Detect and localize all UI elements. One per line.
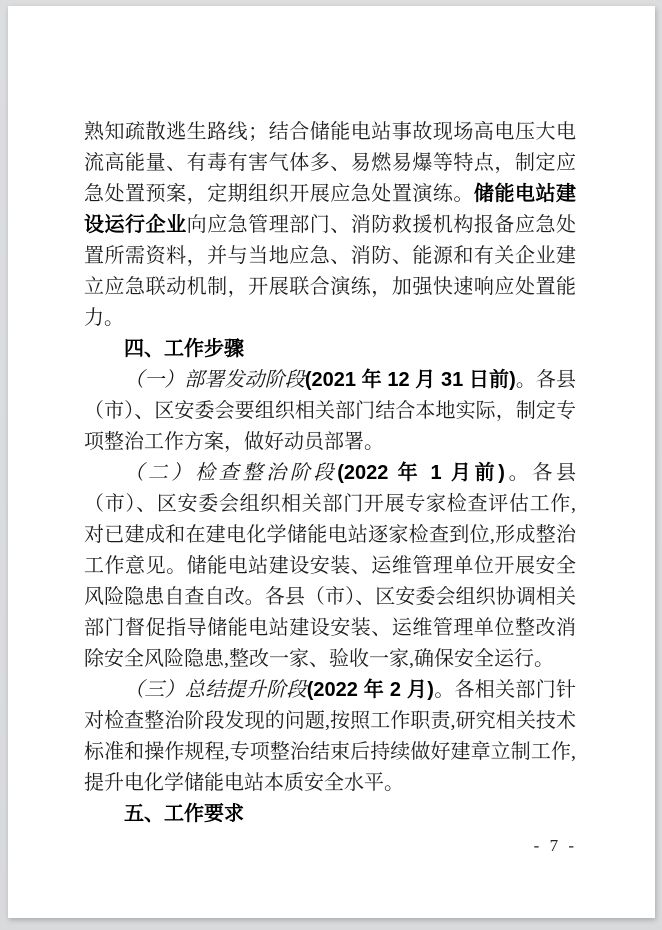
text-segment-kai: （三）总结提升阶段 [124, 679, 307, 701]
paragraph: （一）部署发动阶段(2021 年 12 月 31 日前)。各县（市）、区安委会要… [84, 365, 576, 458]
paragraph: （三）总结提升阶段(2022 年 2 月)。各相关部门针对检查整治阶段发现的问题… [84, 675, 576, 799]
page-number: - 7 - [534, 835, 577, 857]
text-segment-normal: 五、工作要求 [124, 803, 244, 825]
section-heading: 四、工作步骤 [84, 334, 576, 365]
text-segment-normal: 。各县（市）、区安委会组织相关部门开展专家检查评估工作,对已建成和在建电化学储能… [84, 462, 576, 670]
text-segment-bold: (2022 年 1 月前) [337, 462, 505, 484]
page: 熟知疏散逃生路线；结合储能电站事故现场高电压大电流高能量、有毒有害气体多、易燃易… [8, 6, 655, 918]
paragraph: 熟知疏散逃生路线；结合储能电站事故现场高电压大电流高能量、有毒有害气体多、易燃易… [84, 117, 576, 334]
text-segment-normal: 四、工作步骤 [124, 338, 244, 360]
document-viewer-background: 熟知疏散逃生路线；结合储能电站事故现场高电压大电流高能量、有毒有害气体多、易燃易… [0, 0, 662, 930]
paragraph: （二）检查整治阶段(2022 年 1 月前)。各县（市）、区安委会组织相关部门开… [84, 458, 576, 675]
text-segment-bold: (2022 年 2 月) [307, 679, 434, 701]
text-segment-bold: (2021 年 12 月 31 日前) [305, 369, 516, 391]
section-heading: 五、工作要求 [84, 799, 576, 830]
document-body: 熟知疏散逃生路线；结合储能电站事故现场高电压大电流高能量、有毒有害气体多、易燃易… [84, 117, 576, 830]
text-segment-kai: （二）检查整治阶段 [124, 462, 337, 484]
text-segment-kai: （一）部署发动阶段 [124, 369, 305, 391]
